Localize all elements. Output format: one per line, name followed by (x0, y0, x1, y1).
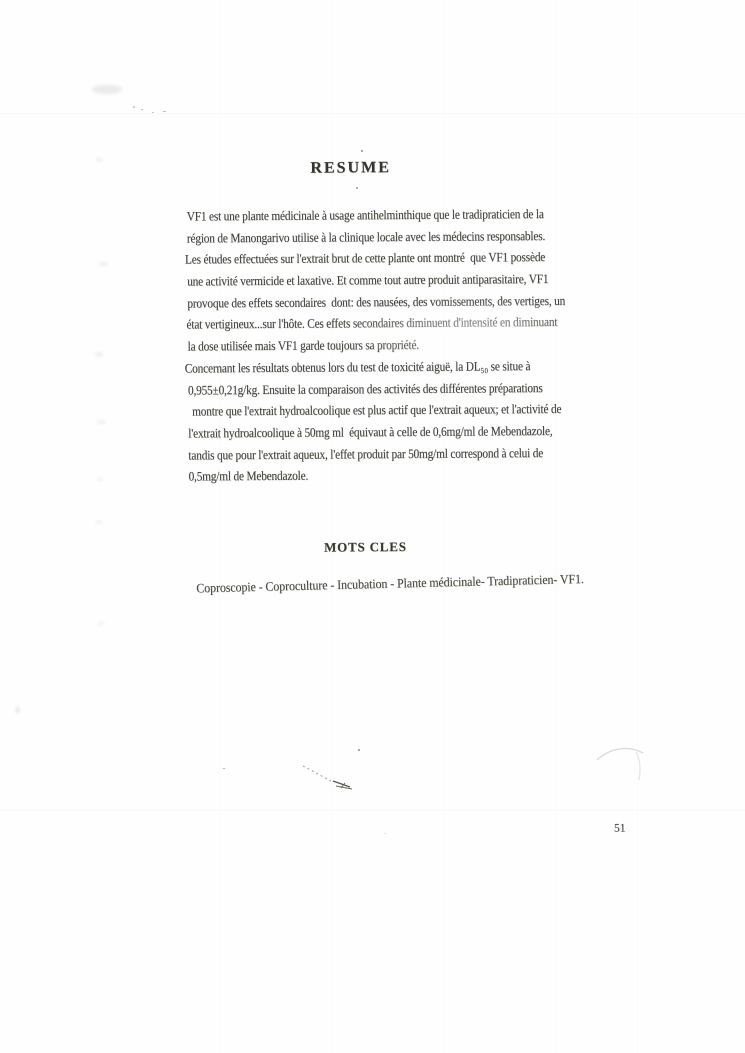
keywords-line: Coproscopie - Coproculture - Incubation … (196, 571, 584, 596)
paragraph-line: Les études effectuées sur l'extrait brut… (185, 246, 561, 270)
paragraph-line: 0,955±0,21g/kg. Ensuite la comparaison d… (188, 376, 562, 400)
paragraph-line: montre que l'extrait hydroalcoolique est… (192, 398, 563, 422)
page-title: RESUME (310, 159, 391, 178)
paragraph-line: une activité vermicide et laxative. Et c… (187, 268, 561, 292)
paragraph-line: état vertigineux...sur l'hôte. Ces effet… (186, 311, 561, 335)
page-content: RESUME VF1 est une plante médicinale à u… (0, 0, 745, 1053)
keywords-heading: MOTS CLES (324, 539, 407, 556)
paragraph-line: l'extrait hydroalcoolique à 50mg ml équi… (188, 420, 562, 444)
scanned-page: RESUME VF1 est une plante médicinale à u… (0, 0, 745, 1053)
paragraph-line: région de Manongarivo utilise à la clini… (187, 225, 561, 249)
abstract-paragraph: VF1 est une plante médicinale à usage an… (187, 203, 619, 488)
paragraph-line: VF1 est une plante médicinale à usage an… (187, 203, 561, 227)
paragraph-line: provoque des effets secondaires dont: de… (187, 290, 561, 314)
page-number: 51 (614, 822, 626, 834)
paragraph-line: la dose utilisée mais VF1 garde toujours… (188, 333, 562, 357)
paragraph-line: Concernant les résultats obtenus lors du… (185, 355, 562, 379)
paragraph-line: tandis que pour l'extrait aqueux, l'effe… (188, 441, 562, 465)
paragraph-line: 0,5mg/ml de Mebendazole. (188, 463, 562, 487)
